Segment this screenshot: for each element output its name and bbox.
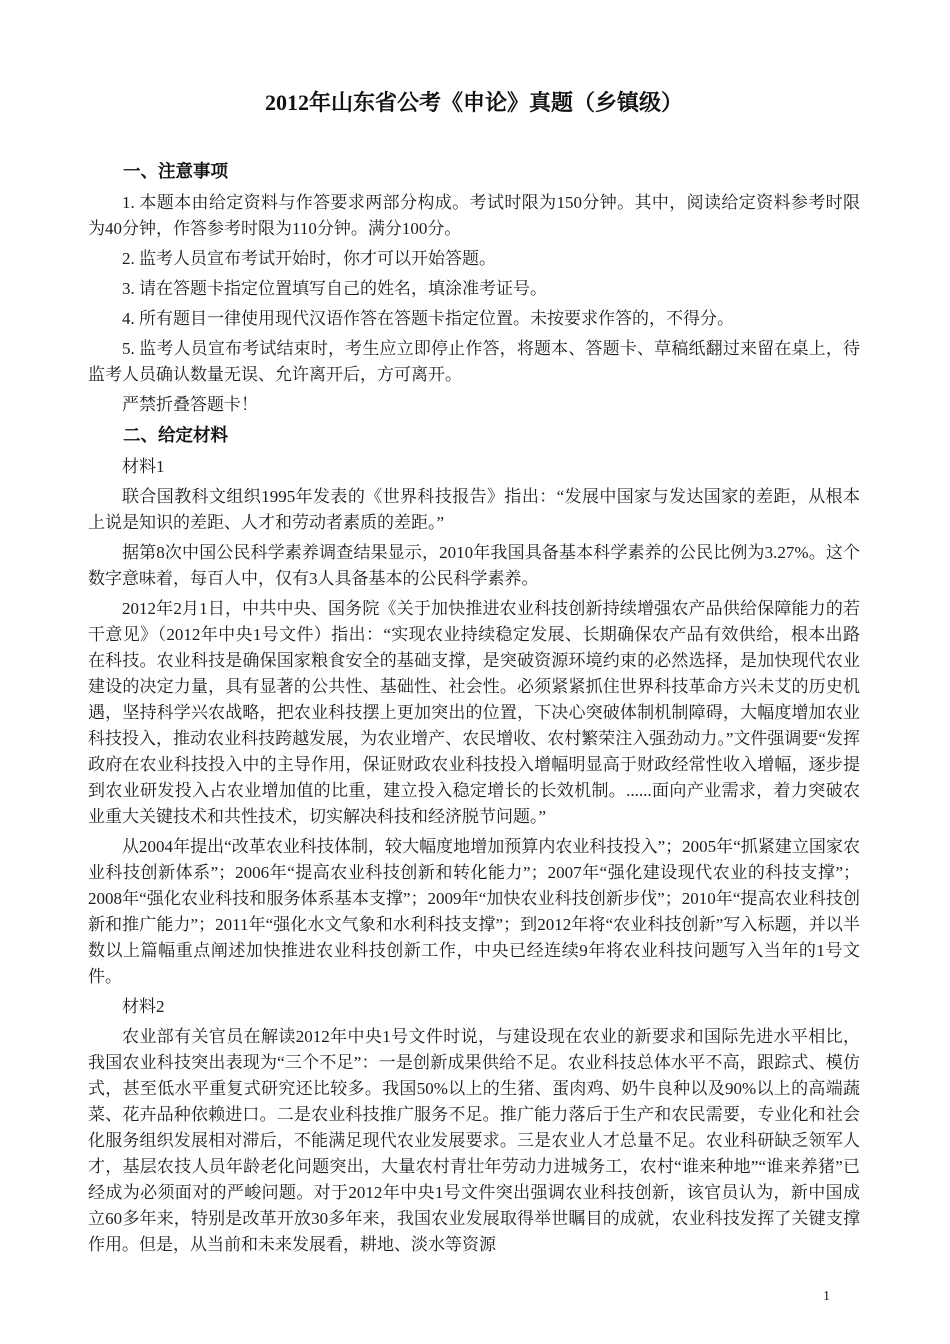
material-1-paragraph-3: 2012年2月1日，中共中央、国务院《关于加快推进农业科技创新持续增强农产品供给… [88, 596, 860, 830]
document-title: 2012年山东省公考《申论》真题（乡镇级） [88, 88, 860, 118]
notice-item-2: 2. 监考人员宣布考试开始时，你才可以开始答题。 [88, 246, 860, 272]
material-2-label: 材料2 [88, 994, 860, 1020]
material-1-paragraph-1: 联合国教科文组织1995年发表的《世界科技报告》指出：“发展中国家与发达国家的差… [88, 484, 860, 536]
materials-heading: 二、给定材料 [88, 422, 860, 448]
document-content: 2012年山东省公考《申论》真题（乡镇级） 一、注意事项 1. 本题本由给定资料… [0, 0, 950, 1258]
notice-item-1: 1. 本题本由给定资料与作答要求两部分构成。考试时限为150分钟。其中，阅读给定… [88, 190, 860, 242]
document-page: 2012年山东省公考《申论》真题（乡镇级） 一、注意事项 1. 本题本由给定资料… [0, 0, 950, 1344]
notice-item-4: 4. 所有题目一律使用现代汉语作答在答题卡指定位置。未按要求作答的，不得分。 [88, 306, 860, 332]
page-number: 1 [823, 1288, 830, 1306]
notice-warning: 严禁折叠答题卡！ [88, 392, 860, 418]
notice-section: 一、注意事项 1. 本题本由给定资料与作答要求两部分构成。考试时限为150分钟。… [88, 158, 860, 418]
notice-item-3: 3. 请在答题卡指定位置填写自己的姓名，填涂准考证号。 [88, 276, 860, 302]
notice-item-5: 5. 监考人员宣布考试结束时，考生应立即停止作答，将题本、答题卡、草稿纸翻过来留… [88, 336, 860, 388]
notice-heading: 一、注意事项 [88, 158, 860, 184]
material-1-label: 材料1 [88, 454, 860, 480]
material-1-paragraph-4: 从2004年提出“改革农业科技体制，较大幅度地增加预算内农业科技投入”；2005… [88, 834, 860, 990]
material-2-paragraph-1: 农业部有关官员在解读2012年中央1号文件时说，与建设现在农业的新要求和国际先进… [88, 1024, 860, 1258]
material-1-paragraph-2: 据第8次中国公民科学素养调查结果显示，2010年我国具备基本科学素养的公民比例为… [88, 540, 860, 592]
materials-section: 二、给定材料 材料1 联合国教科文组织1995年发表的《世界科技报告》指出：“发… [88, 422, 860, 1258]
